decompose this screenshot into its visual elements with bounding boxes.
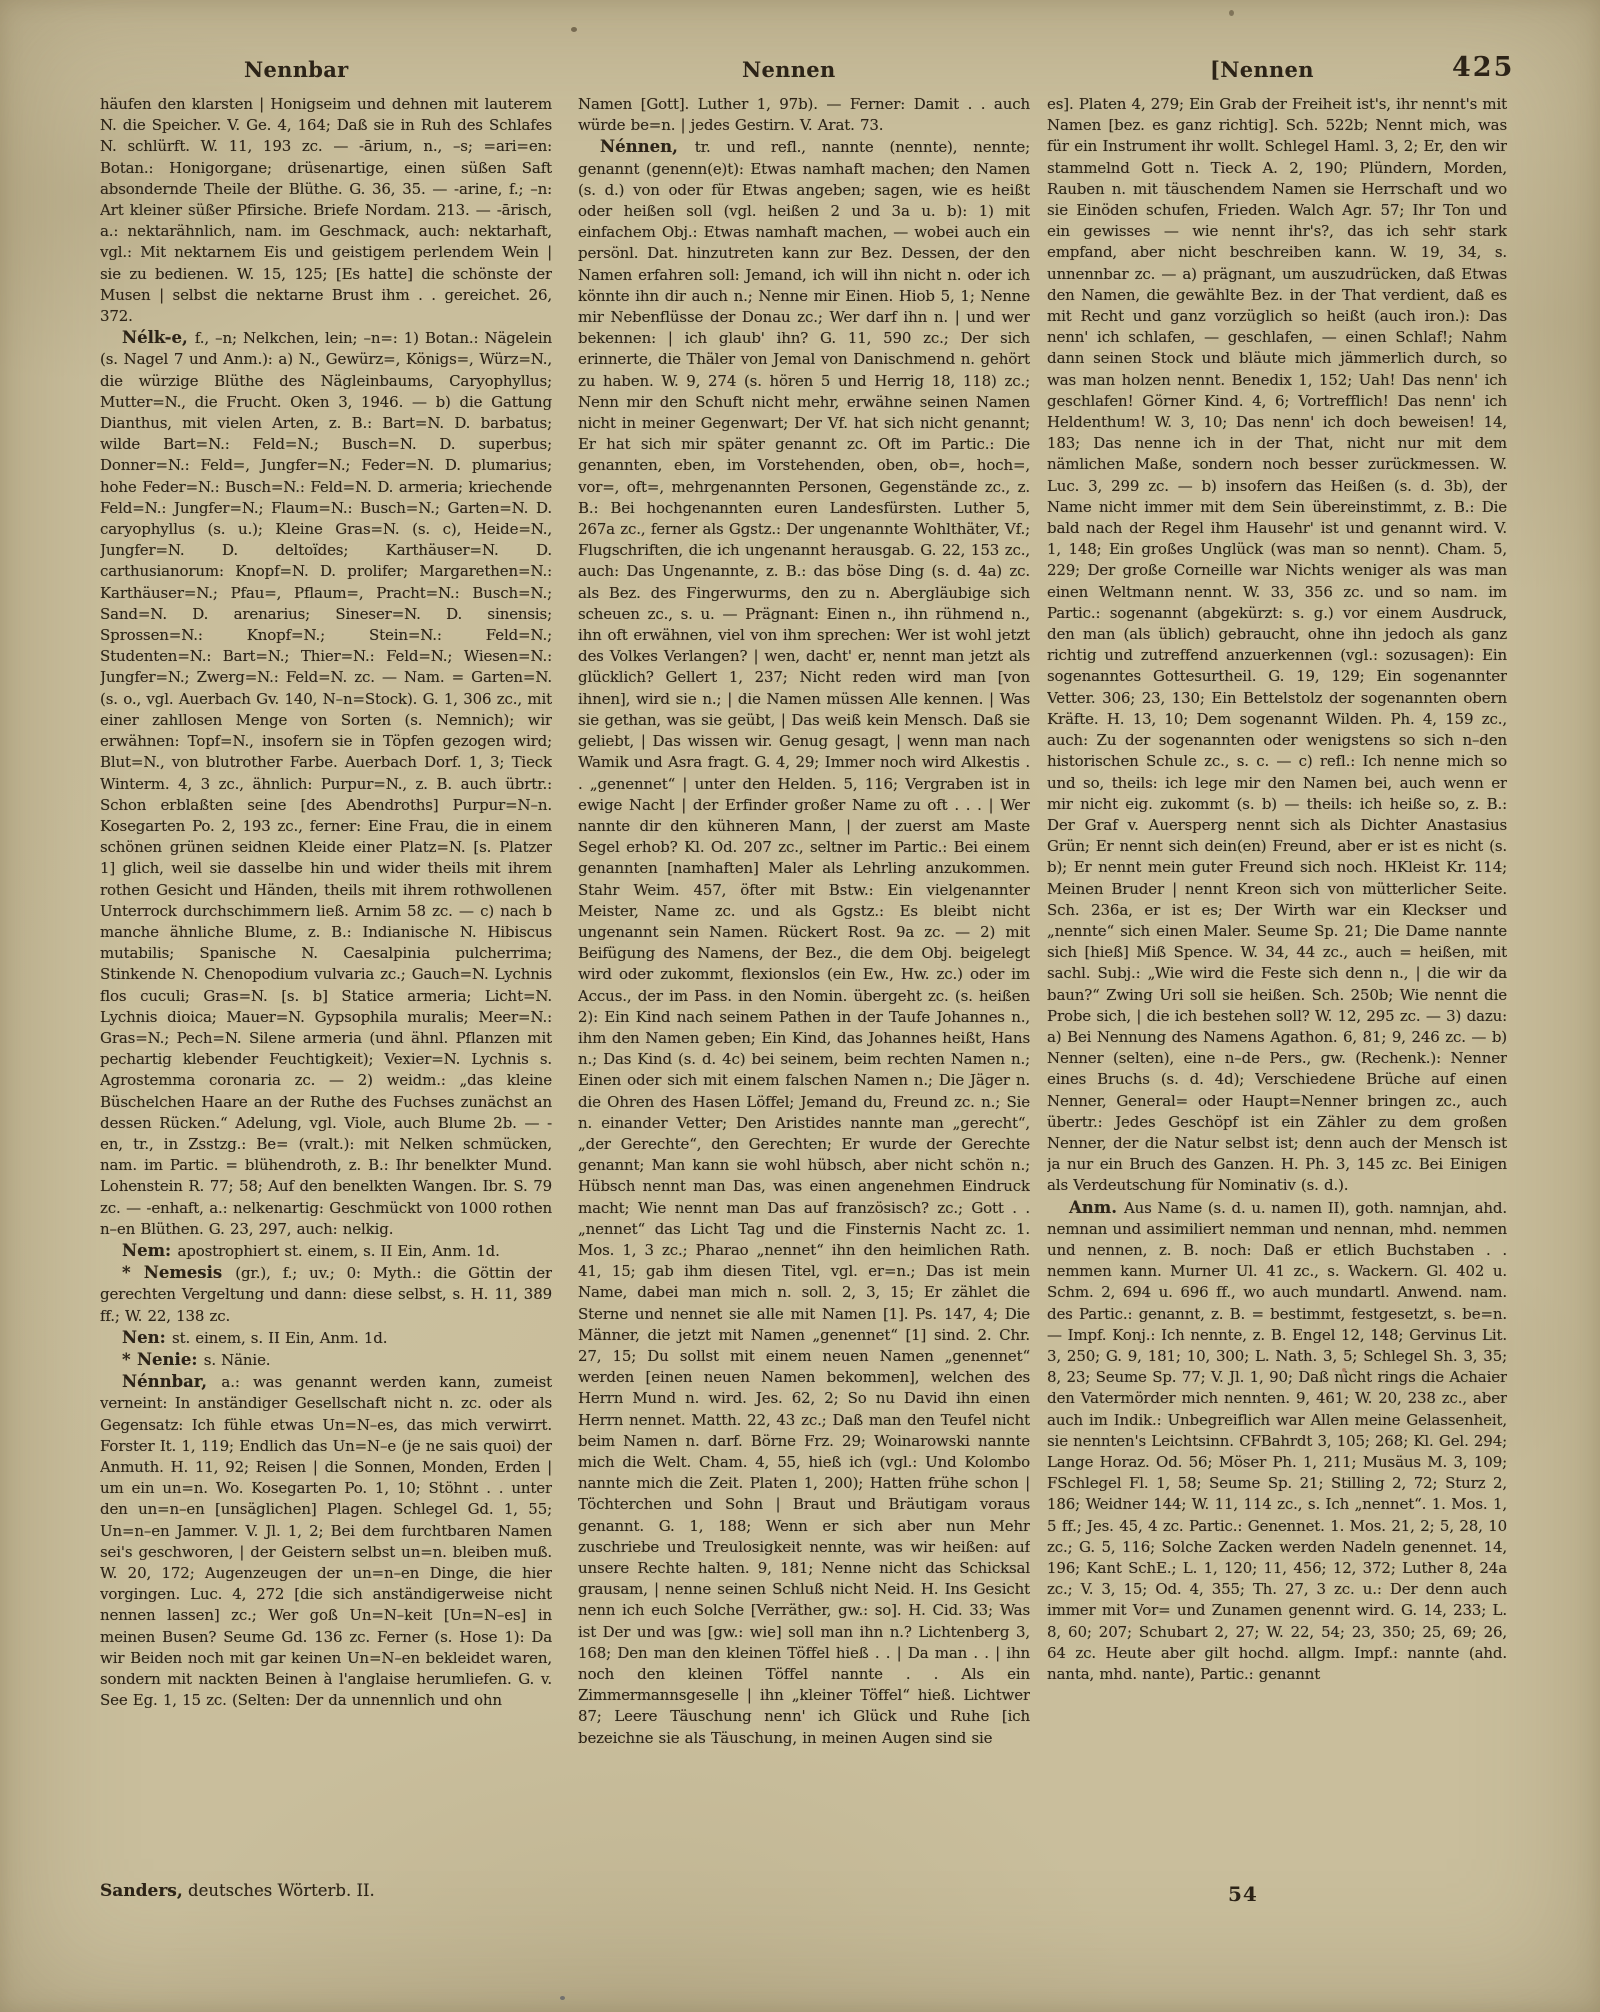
volume-footer-lead: Sanders, (100, 1881, 183, 1901)
entry-headword: Nélk-e, (122, 328, 195, 347)
entry-paragraph: Anm. Aus Name (s. d. u. namen II), goth.… (1047, 1197, 1507, 1686)
entry-headword: Nem: (122, 1241, 177, 1260)
volume-footer: Sanders, deutsches Wörterb. II. (100, 1881, 375, 1901)
entry-headword: * Nemesis (122, 1263, 235, 1282)
scanned-dictionary-page: Nennbar Nennen [Nennen 425 häufen den kl… (0, 0, 1600, 2012)
paper-speck (1229, 10, 1234, 16)
volume-footer-rest: deutsches Wörterb. II. (183, 1881, 375, 1900)
running-head-left: Nennbar (244, 57, 349, 82)
entry-paragraph: * Nenie: s. Nänie. (100, 1349, 552, 1371)
entry-paragraph: * Nemesis (gr.), f.; uv.; 0: Myth.: die … (100, 1262, 552, 1327)
paragraph: Namen [Gott]. Luther 1, 97b). — Ferner: … (578, 94, 1030, 136)
paper-speck (1448, 226, 1452, 230)
paragraph: häufen den klarsten | Honigseim und dehn… (100, 94, 552, 327)
entry-paragraph: Nénnbar, a.: was genannt werden kann, zu… (100, 1371, 552, 1711)
entry-paragraph: Nem: apostrophiert st. einem, s. II Ein,… (100, 1240, 552, 1262)
entry-paragraph: Nen: st. einem, s. II Ein, Anm. 1d. (100, 1327, 552, 1349)
text-column-right: es]. Platen 4, 279; Ein Grab der Freihei… (1047, 94, 1507, 1888)
paper-speck (571, 27, 577, 32)
entry-headword: * Nenie: (122, 1350, 204, 1369)
entry-paragraph: Nénnen, tr. und refl., nannte (nennte), … (578, 136, 1030, 1748)
text-column-left: häufen den klarsten | Honigseim und dehn… (100, 94, 552, 1888)
paper-speck (1342, 1368, 1346, 1372)
page-number: 425 (1452, 52, 1514, 83)
entry-paragraph: Nélk-e, f., –n; Nelkchen, lein; –n=: 1) … (100, 327, 552, 1240)
paper-speck (560, 1996, 565, 2000)
running-head-right: [Nennen (1210, 57, 1314, 82)
paragraph: es]. Platen 4, 279; Ein Grab der Freihei… (1047, 94, 1507, 1197)
entry-headword: Nen: (122, 1328, 172, 1347)
entry-headword: Nénnbar, (122, 1372, 221, 1391)
sheet-signature: 54 (1228, 1882, 1258, 1906)
entry-headword: Anm. (1069, 1198, 1124, 1217)
entry-headword: Nénnen, (600, 137, 695, 156)
text-column-middle: Namen [Gott]. Luther 1, 97b). — Ferner: … (578, 94, 1030, 1888)
running-head-center: Nennen (742, 57, 836, 82)
